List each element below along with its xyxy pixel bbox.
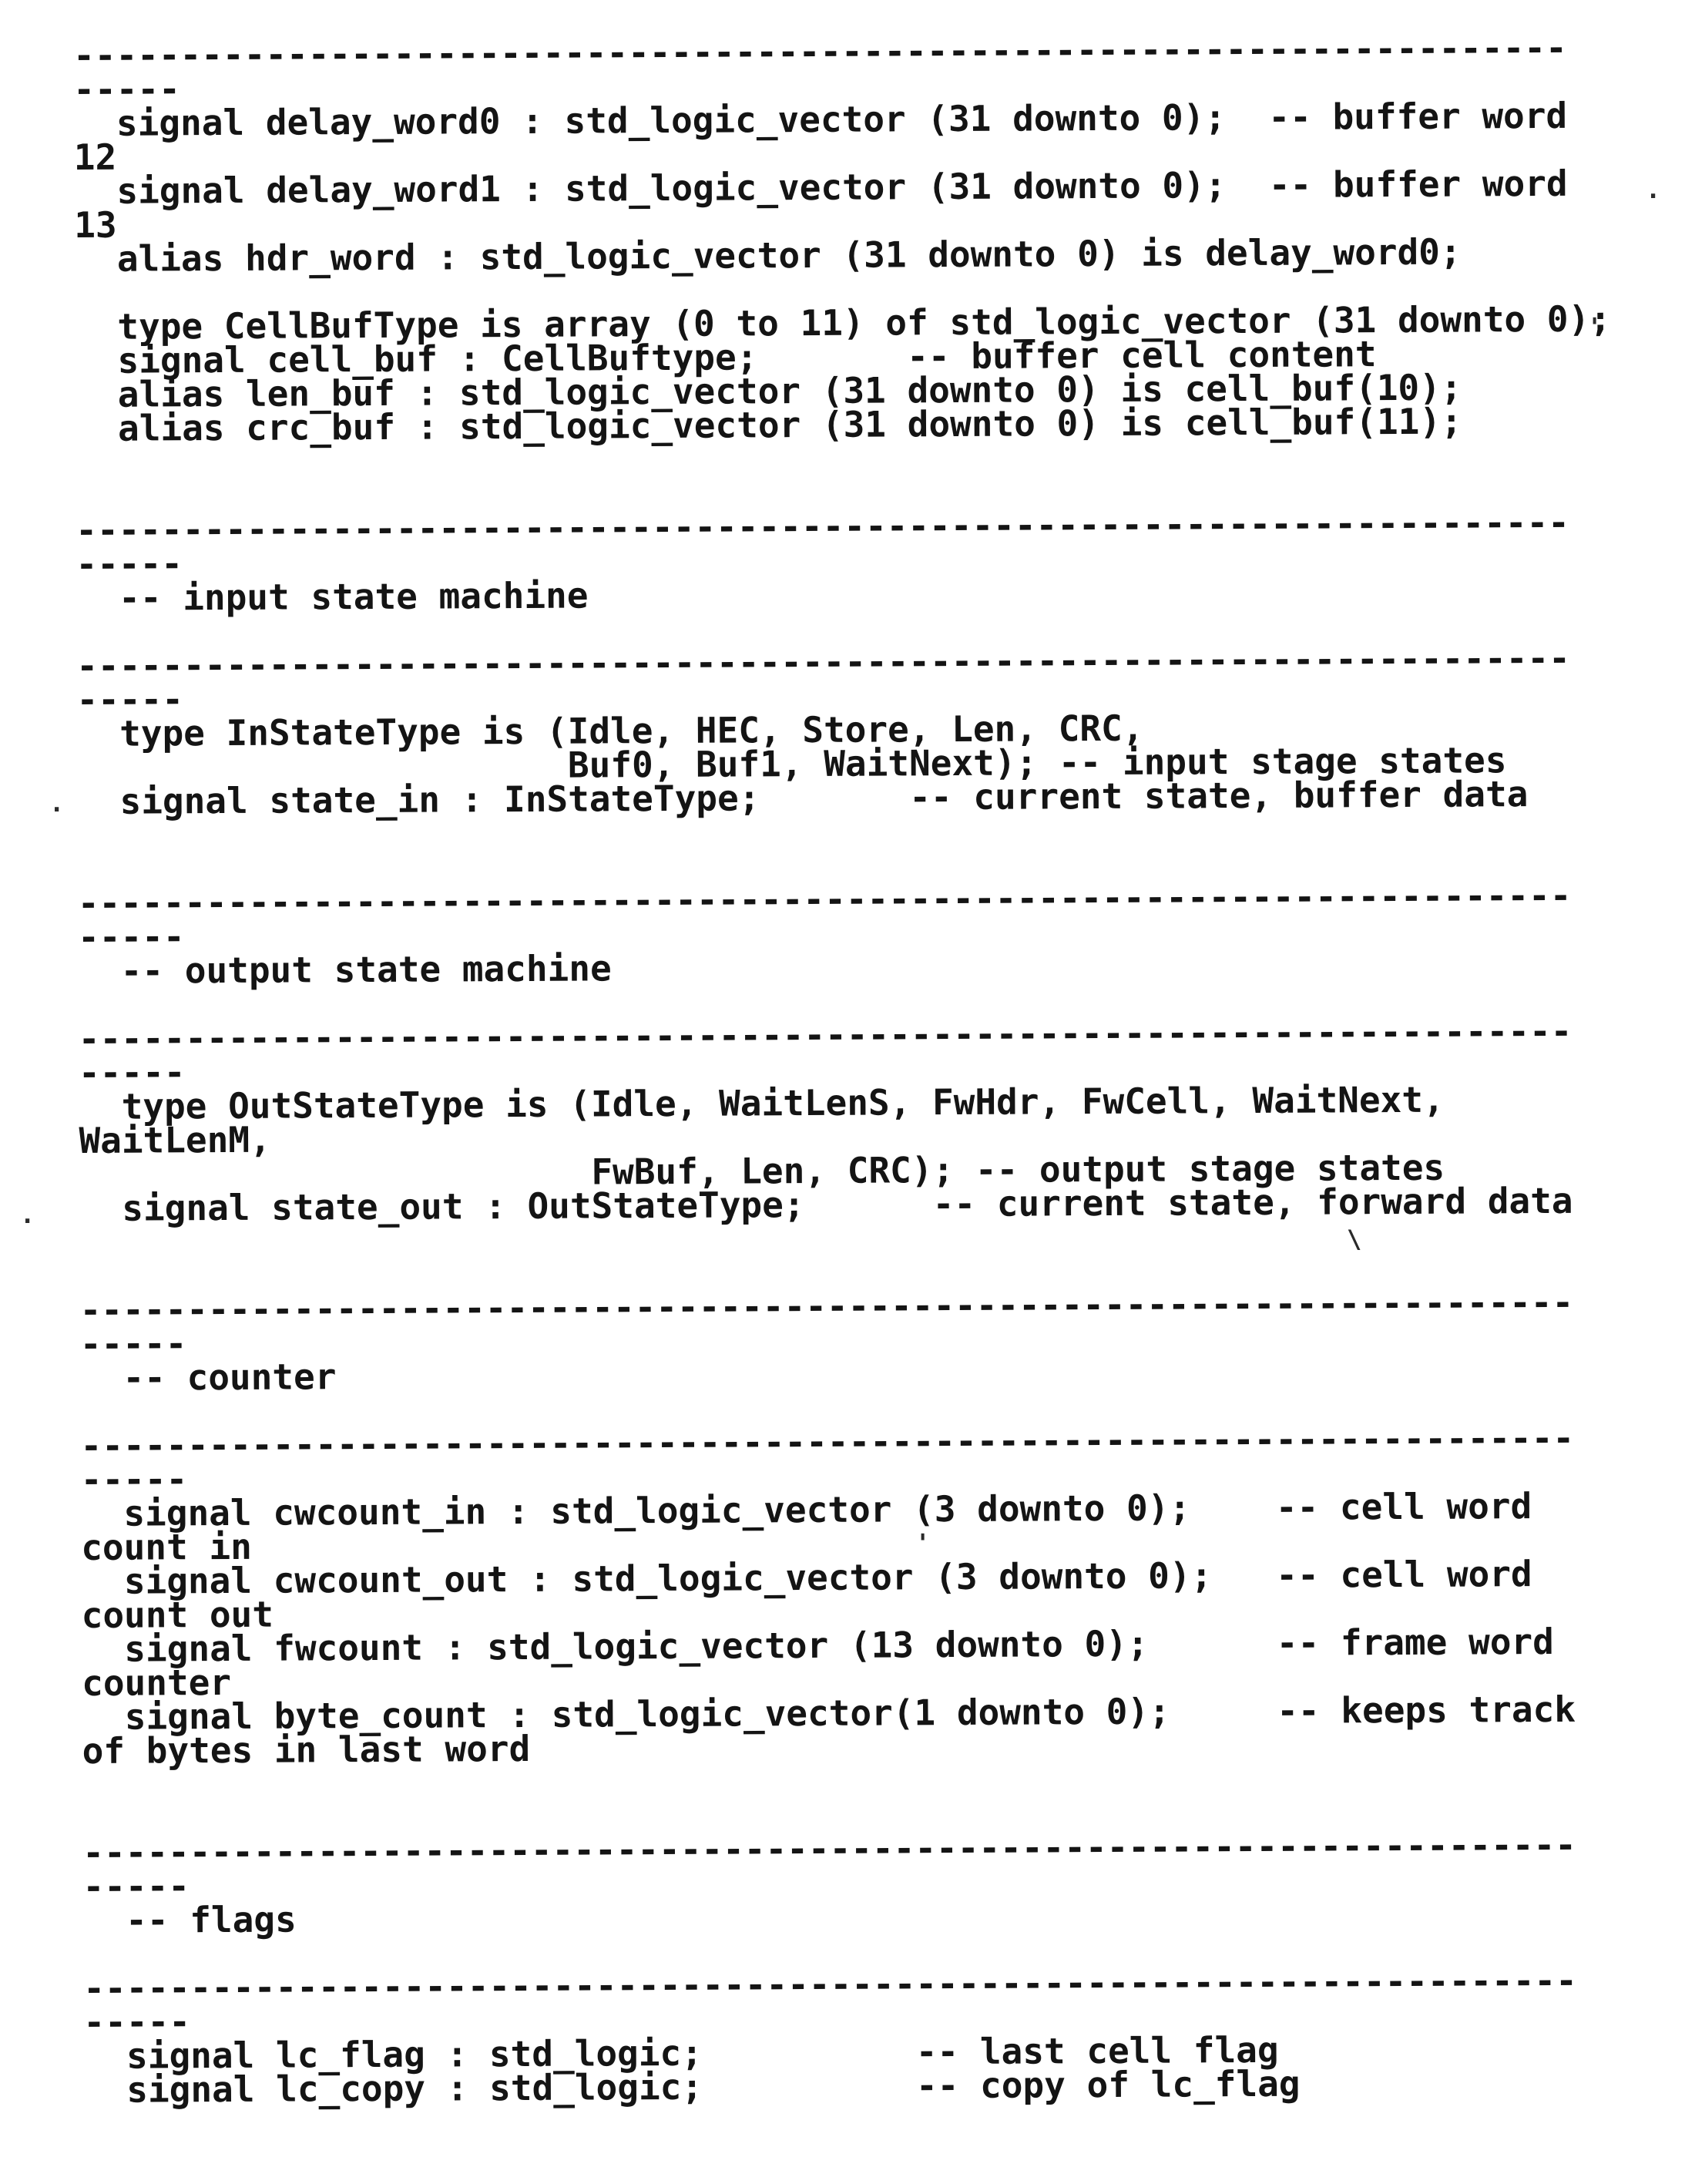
- code-line: signal cwcount_out : std_logic_vector (3…: [81, 1557, 1617, 1598]
- scanned-document-page: ----------------------------------------…: [0, 0, 1685, 2184]
- divider-line: ----------------------------------------…: [76, 641, 1613, 683]
- divider-line: ----------------------------------------…: [80, 1421, 1616, 1463]
- code-line: signal delay_word0 : std_logic_vector (3…: [73, 99, 1609, 140]
- divider-line: ----------------------------------------…: [73, 31, 1609, 72]
- divider-line: ----------------------------------------…: [80, 1285, 1616, 1327]
- scan-speck-apostrophe: ': [1587, 314, 1602, 339]
- scan-speck-dot: .: [49, 791, 64, 815]
- code-line: type OutStateType is (Idle, WaitLenS, Fw…: [79, 1082, 1615, 1124]
- divider-line: ----------------------------------------…: [78, 879, 1614, 920]
- code-line: signal state_out : OutStateType; -- curr…: [79, 1184, 1616, 1225]
- scan-speck-backslash: \: [1347, 1227, 1361, 1252]
- code-line: signal cwcount_in : std_logic_vector (3 …: [81, 1489, 1617, 1530]
- code-line: signal delay_word1 : std_logic_vector (3…: [74, 166, 1610, 208]
- code-line: signal byte_count : std_logic_vector(1 d…: [82, 1692, 1618, 1734]
- code-line: alias hdr_word : std_logic_vector (31 do…: [74, 234, 1610, 276]
- divider-line: ----------------------------------------…: [83, 1964, 1620, 2005]
- divider-line: ----------------------------------------…: [79, 1014, 1615, 1056]
- scan-speck-dot: .: [1646, 177, 1660, 202]
- vhdl-code-listing: ----------------------------------------…: [73, 31, 1620, 2107]
- scan-speck-dot: .: [20, 1202, 35, 1227]
- code-line: signal lc_copy : std_logic; -- copy of l…: [84, 2065, 1620, 2107]
- code-line: signal fwcount : std_logic_vector (13 do…: [82, 1625, 1618, 1666]
- divider-line: ----------------------------------------…: [82, 1828, 1619, 1870]
- scan-speck-apostrophe: ': [915, 1530, 930, 1555]
- divider-line: ----------------------------------------…: [76, 506, 1612, 547]
- code-line: alias crc_buf : std_logic_vector (31 dow…: [76, 404, 1612, 445]
- code-line: signal state_in : InStateType; -- curren…: [77, 777, 1613, 818]
